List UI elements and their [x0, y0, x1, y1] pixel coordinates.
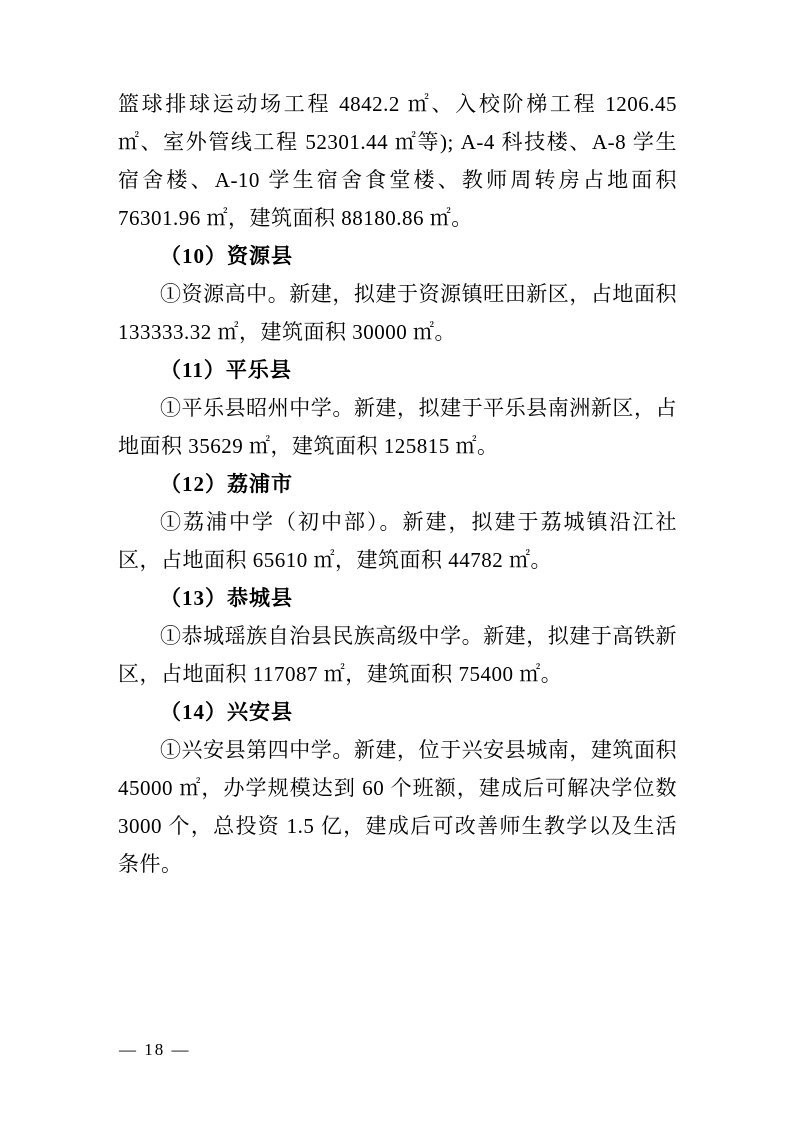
section-heading: （12）荔浦市 — [118, 465, 677, 503]
page-number: — 18 — — [119, 1038, 191, 1062]
section-heading: （10）资源县 — [118, 237, 677, 275]
section-heading: （14）兴安县 — [118, 693, 677, 731]
document-body: 篮球排球运动场工程 4842.2 ㎡、入校阶梯工程 1206.45 ㎡、室外管线… — [118, 85, 677, 883]
paragraph: 篮球排球运动场工程 4842.2 ㎡、入校阶梯工程 1206.45 ㎡、室外管线… — [118, 85, 677, 237]
paragraph: ①平乐县昭州中学。新建，拟建于平乐县南洲新区，占地面积 35629 ㎡，建筑面积… — [118, 389, 677, 465]
section-heading: （11）平乐县 — [118, 351, 677, 389]
paragraph: ①恭城瑶族自治县民族高级中学。新建，拟建于高铁新区，占地面积 117087 ㎡，… — [118, 617, 677, 693]
document-page: 篮球排球运动场工程 4842.2 ㎡、入校阶梯工程 1206.45 ㎡、室外管线… — [0, 0, 794, 1123]
section-heading: （13）恭城县 — [118, 579, 677, 617]
paragraph: ①资源高中。新建，拟建于资源镇旺田新区，占地面积 133333.32 ㎡，建筑面… — [118, 275, 677, 351]
paragraph: ①荔浦中学（初中部）。新建，拟建于荔城镇沿江社区，占地面积 65610 ㎡，建筑… — [118, 503, 677, 579]
paragraph: ①兴安县第四中学。新建，位于兴安县城南，建筑面积 45000 ㎡，办学规模达到 … — [118, 731, 677, 883]
